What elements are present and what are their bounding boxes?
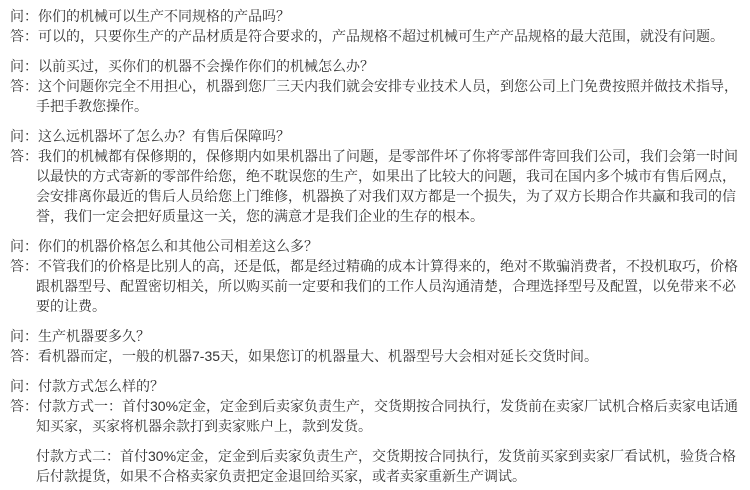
question-line: 问：你们的机械可以生产不同规格的产品吗？ [10, 6, 742, 26]
answer-line: 答：看机器而定，一般的机器7-35天，如果您订的机器量大、机器型号大会相对延长交… [10, 346, 742, 366]
qa-block-production-time: 问：生产机器要多久？ 答：看机器而定，一般的机器7-35天，如果您订的机器量大、… [10, 326, 742, 366]
question-line: 问：付款方式怎么样的？ [10, 376, 742, 396]
question-line: 问：你们的机器价格怎么和其他公司相差这么多？ [10, 236, 742, 256]
answer-line: 答：可以的，只要你生产的产品材质是符合要求的，产品规格不超过机械可生产产品规格的… [10, 26, 742, 46]
answer-extra-paragraph: 付款方式二：首付30%定金，定金到后卖家负责生产，交货期按合同执行，发货前买家到… [10, 446, 742, 486]
question-line: 问：以前买过，买你们的机器不会操作你们的机械怎么办？ [10, 56, 742, 76]
question-line: 问：生产机器要多久？ [10, 326, 742, 346]
answer-line: 答：付款方式一：首付30%定金，定金到后卖家负责生产，交货期按合同执行，发货前在… [10, 396, 742, 436]
answer-line: 答：不管我们的价格是比别人的高，还是低，都是经过精确的成本计算得来的，绝对不欺骗… [10, 256, 742, 316]
qa-block-specifications: 问：你们的机械可以生产不同规格的产品吗？ 答：可以的，只要你生产的产品材质是符合… [10, 6, 742, 46]
qa-block-after-sales: 问：这么远机器坏了怎么办？有售后保障吗？ 答：我们的机械都有保修期的，保修期内如… [10, 126, 742, 226]
faq-document: 问：你们的机械可以生产不同规格的产品吗？ 答：可以的，只要你生产的产品材质是符合… [0, 0, 750, 486]
answer-line: 答：我们的机械都有保修期的，保修期内如果机器出了问题，是零部件坏了你将零部件寄回… [10, 146, 742, 226]
qa-block-price-difference: 问：你们的机器价格怎么和其他公司相差这么多？ 答：不管我们的价格是比别人的高，还… [10, 236, 742, 316]
answer-line: 答：这个问题你完全不用担心，机器到您厂三天内我们就会安排专业技术人员，到您公司上… [10, 76, 742, 116]
question-line: 问：这么远机器坏了怎么办？有售后保障吗？ [10, 126, 742, 146]
qa-block-operation-training: 问：以前买过，买你们的机器不会操作你们的机械怎么办？ 答：这个问题你完全不用担心… [10, 56, 742, 116]
qa-block-payment-methods: 问：付款方式怎么样的？ 答：付款方式一：首付30%定金，定金到后卖家负责生产，交… [10, 376, 742, 486]
